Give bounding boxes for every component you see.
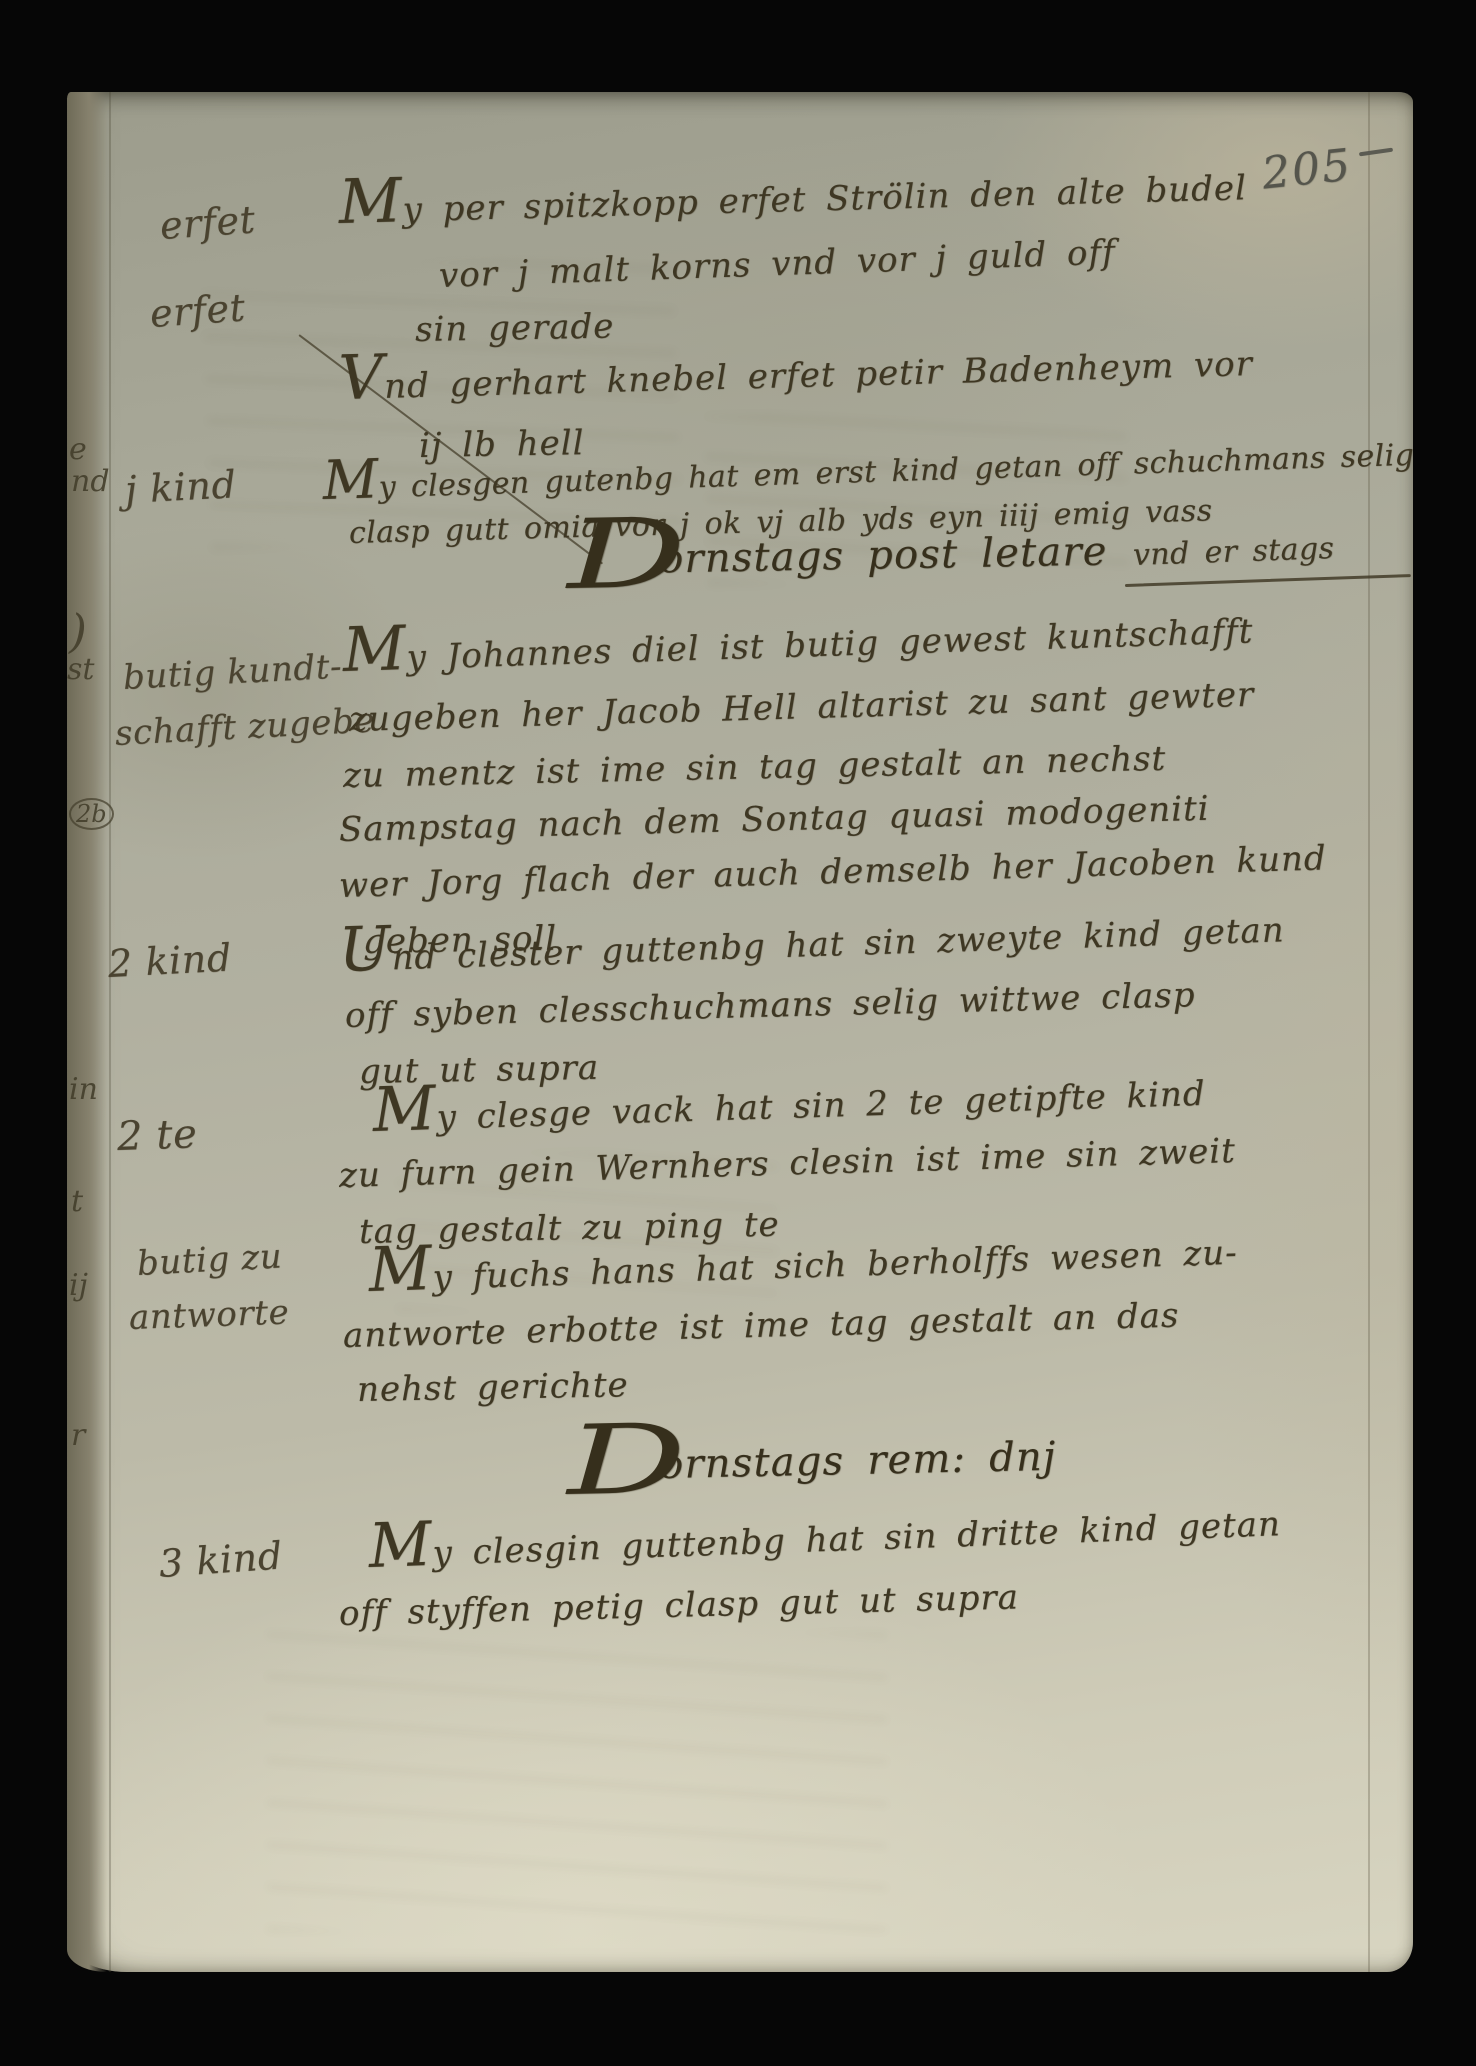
entry-2-line-1: Vnd gerhart knebel erfet petir Badenheym… xyxy=(338,344,1253,408)
manuscript-page: 205 e nd ) st 2b in t ij r erfet erfet j… xyxy=(67,92,1413,1972)
margin-note-2-kind: 2 kind xyxy=(107,936,233,986)
entry-4-line-5: wer Jorg flach der auch demselb her Jaco… xyxy=(338,838,1327,906)
entry-7-line-2: antworte erbotte ist ime tag gestalt an … xyxy=(343,1296,1180,1356)
margin-note-2-te: 2 te xyxy=(116,1111,198,1160)
heading-flourish-initial: D xyxy=(567,553,688,555)
entry-8-line-2: off styffen petig clasp gut ut supra xyxy=(339,1577,1020,1634)
binding-ink-fragment: t xyxy=(71,1184,83,1219)
manuscript-scan: 205 e nd ) st 2b in t ij r erfet erfet j… xyxy=(0,0,1476,2066)
entry-4-line-4: Sampstag nach dem Sontag quasi modogenit… xyxy=(339,789,1210,850)
entry-3-side-note: vnd er stags xyxy=(1132,531,1334,573)
entry-8-line-1: My clesgin guttenbg hat sin dritte kind … xyxy=(368,1504,1281,1576)
margin-note-antworte-line2: antworte xyxy=(128,1292,290,1338)
margin-note-antworte-line1: butig zu xyxy=(136,1236,283,1284)
margin-note-erfet-2: erfet xyxy=(148,285,246,336)
folio-number: 205 xyxy=(1260,139,1355,199)
binding-strip xyxy=(67,92,107,1972)
entry-4-line-3: zu mentz ist ime sin tag gestalt an nech… xyxy=(343,739,1167,796)
heading-text: ornstags post letare xyxy=(659,529,1108,583)
entry-1-line-2: vor j malt korns vnd vor j guld off xyxy=(438,232,1116,296)
margin-note-kundschaft-line1: butig kundt- xyxy=(122,647,343,698)
binding-ink-fragment: e xyxy=(69,432,87,467)
entry-1-line-3: sin gerade xyxy=(415,307,615,350)
page-edge-line xyxy=(109,92,111,1972)
margin-note-erfet-1: erfet xyxy=(158,197,256,248)
entry-7-line-3: nehst gerichte xyxy=(357,1365,629,1410)
margin-note-kundschaft-line2: schafft zugebe xyxy=(114,700,376,754)
heading-dornstags-post-letare: Dornstags post letare xyxy=(567,529,1108,584)
entry-6-line-2: zu furn gein Wernhers clesin ist ime sin… xyxy=(338,1131,1236,1196)
binding-ink-fragment: 2b xyxy=(69,798,114,830)
binding-ink-fragment: in xyxy=(69,1072,98,1107)
heading-dornstags-rem: Dornstags rem: dnj xyxy=(567,1434,1057,1490)
margin-note-3-kind: 3 kind xyxy=(157,1533,284,1586)
binding-ink-fragment: r xyxy=(71,1418,85,1453)
entry-4-line-1: My Johannes diel ist butig gewest kuntsc… xyxy=(342,611,1254,680)
binding-ink-fragment: nd xyxy=(71,464,110,499)
entry-4-line-2: zugeben her Jacob Hell altarist zu sant … xyxy=(348,675,1254,740)
binding-ink-fragment: st xyxy=(67,652,94,687)
binding-ink-fragment: ij xyxy=(69,1268,88,1303)
binding-ink-fragment: ) xyxy=(69,604,87,658)
heading-flourish-initial: D xyxy=(567,1458,688,1461)
entry-5-line-2: off syben clesschuchmans selig wittwe cl… xyxy=(345,975,1196,1036)
entry-1-line-1: My per spitzkopp erfet Strölin den alte … xyxy=(338,168,1247,232)
entry-2-line-2: ij lb hell xyxy=(419,423,585,466)
margin-note-1-kind: j kind xyxy=(124,462,238,512)
folio-number-flourish xyxy=(1359,148,1393,157)
showthrough-smudge xyxy=(267,1632,887,1932)
heading-text: ornstags rem: dnj xyxy=(659,1434,1057,1488)
paper-crease-line xyxy=(1368,92,1370,1972)
